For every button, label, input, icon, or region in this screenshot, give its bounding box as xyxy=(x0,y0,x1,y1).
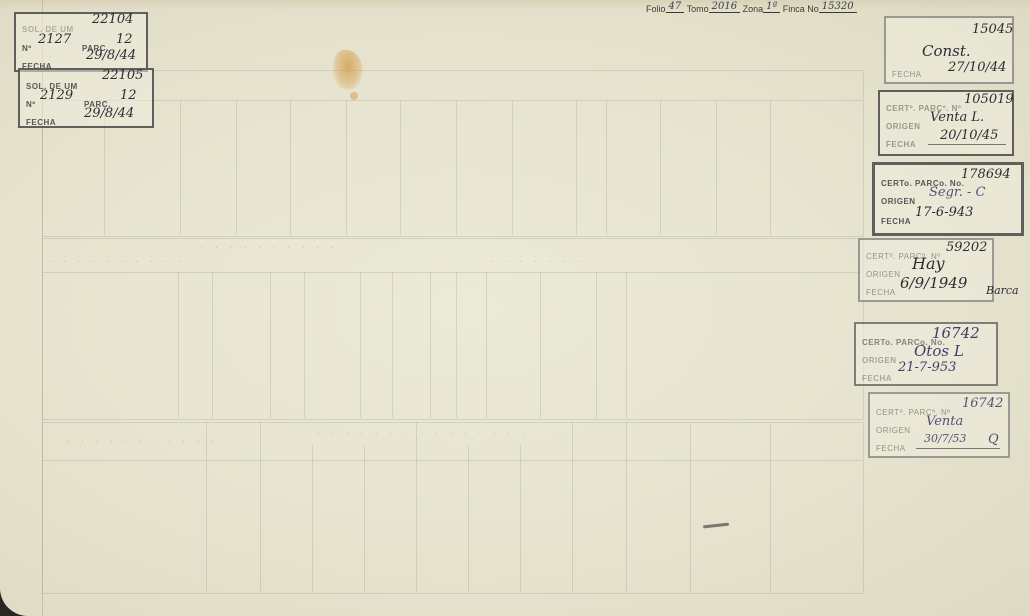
date-label: FECHA xyxy=(862,374,892,383)
grid-line xyxy=(626,272,627,418)
origin-value: Segr. - C xyxy=(929,185,985,200)
origin-label: ORIGEN xyxy=(886,122,921,131)
grid-line xyxy=(660,100,661,235)
grid-line xyxy=(270,272,271,418)
cert-value: 59202 xyxy=(946,240,987,255)
stamp-label: FECHA xyxy=(26,118,56,127)
grid-line xyxy=(400,100,401,235)
underline xyxy=(916,448,1000,449)
certificate-stamp-2: CERTº. PARCº. Nº 105019 ORIGEN Venta L. … xyxy=(878,90,1014,156)
date-value: 6/9/1949 xyxy=(900,274,967,292)
grid-line xyxy=(716,100,717,235)
tomo-label: Tomo xyxy=(687,4,709,14)
solicitud-stamp-2: SOL. DE UM 22105 Nº 2129 PARC. 12 FECHA … xyxy=(18,68,154,128)
grid-line xyxy=(304,272,305,418)
certificate-stamp-4: CERTº. PARCº. Nº 59202 ORIGEN Hay FECHA … xyxy=(858,238,994,302)
initial-mark: Q xyxy=(988,432,999,447)
date-label: FECHA xyxy=(881,217,911,226)
stamp-value: 2129 xyxy=(40,88,73,103)
folio-label: Folio xyxy=(646,4,666,14)
grid-line xyxy=(520,445,521,592)
grid-line xyxy=(512,100,513,235)
grid-line xyxy=(364,445,365,592)
underline xyxy=(928,144,1006,145)
grid-line xyxy=(312,445,313,592)
origin-value: Venta L. xyxy=(930,110,984,125)
grid-line xyxy=(180,100,181,235)
grid-line xyxy=(260,422,261,592)
stamp-value: 22104 xyxy=(92,12,133,27)
certificate-stamp-3: CERTo. PARCo. No. 178694 ORIGEN Segr. - … xyxy=(872,162,1024,236)
grid-line xyxy=(346,100,347,235)
grid-line xyxy=(486,272,487,418)
record-card: · · · · · · · · · · · · · · · · · · · · … xyxy=(0,0,1030,616)
faint-printed-header: · · · · · · · · · · · xyxy=(66,438,218,446)
stamp-label: Nº xyxy=(26,100,36,109)
zona-value: 1ª xyxy=(763,1,780,13)
grid-line xyxy=(770,100,771,235)
grid-line xyxy=(430,272,431,418)
table-grid-top xyxy=(42,70,864,237)
faint-printed-header: · · · · · · · · xyxy=(302,430,410,438)
grid-line xyxy=(236,100,237,235)
cert-number: 15045 xyxy=(972,22,1013,37)
origin-label: ORIGEN xyxy=(866,270,901,279)
origin-label: ORIGEN xyxy=(881,197,916,206)
cert-value: 178694 xyxy=(961,167,1011,182)
stamp-label: Nº xyxy=(22,44,32,53)
table-grid-bottom xyxy=(42,422,864,594)
grid-line xyxy=(690,422,691,592)
zona-label: Zona xyxy=(743,4,764,14)
registry-header: Folio47 Tomo2016 Zona1ª Finca No15320 xyxy=(646,4,857,15)
stamp-value: 29/8/44 xyxy=(86,48,136,63)
date-value: 27/10/44 xyxy=(948,60,1006,75)
finca-label: Finca No xyxy=(783,4,819,14)
grid-line xyxy=(178,272,179,418)
certificate-stamp-5: CERTo. PARCo. No. 16742 ORIGEN Otos L FE… xyxy=(854,322,998,386)
tomo-value: 2016 xyxy=(709,1,740,13)
origin-value: Venta xyxy=(926,414,963,429)
date-label: FECHA xyxy=(866,288,896,297)
date-value: 30/7/53 xyxy=(924,432,966,445)
stamp-value: 12 xyxy=(120,88,137,103)
solicitud-stamp-1: SOL. DE UM 22104 Nº 2127 PARC. 12 FECHA … xyxy=(14,12,148,72)
grid-line xyxy=(42,272,862,273)
grid-line xyxy=(606,100,607,235)
cert-value: 16742 xyxy=(962,396,1003,411)
faint-printed-header: · · · · · · · xyxy=(490,258,584,266)
date-label: FECHA xyxy=(892,70,922,79)
origin-label: ORIGEN xyxy=(862,356,897,365)
date-label: FECHA xyxy=(886,140,916,149)
water-stain xyxy=(350,92,358,100)
date-value: 20/10/45 xyxy=(940,128,998,143)
cert-value: 16742 xyxy=(932,324,980,342)
grid-line xyxy=(540,272,541,418)
stamp-value: 12 xyxy=(116,32,133,47)
grid-line xyxy=(576,100,577,235)
grid-line xyxy=(416,422,417,592)
date-value: 17-6-943 xyxy=(915,205,973,220)
grid-line xyxy=(596,272,597,418)
cert-value: 105019 xyxy=(964,92,1014,107)
certificate-stamp-6: CERTº. PARCº. Nº 16742 ORIGEN Venta FECH… xyxy=(868,392,1010,458)
signature-note: Barca xyxy=(986,284,1019,297)
date-label: FECHA xyxy=(876,444,906,453)
faint-printed-header: · · · · · · · · · · xyxy=(48,258,185,266)
grid-line xyxy=(42,100,862,101)
grid-line xyxy=(456,272,457,418)
grid-line xyxy=(626,422,627,592)
grid-line xyxy=(770,422,771,592)
grid-line xyxy=(392,272,393,418)
water-stain xyxy=(333,50,363,90)
grid-line xyxy=(212,272,213,418)
origin-label: ORIGEN xyxy=(876,426,911,435)
origin-value: Const. xyxy=(922,42,971,60)
grid-line xyxy=(360,272,361,418)
folio-value: 47 xyxy=(666,1,685,13)
date-value: 21-7-953 xyxy=(898,360,956,375)
finca-value: 15320 xyxy=(819,1,857,13)
faint-printed-header: · · · · · · · · · · xyxy=(200,244,337,252)
stamp-value: 22105 xyxy=(102,68,143,83)
origin-value: Otos L xyxy=(914,342,964,360)
grid-line xyxy=(290,100,291,235)
grid-line xyxy=(572,422,573,592)
faint-printed-header: · · · · · · · · xyxy=(420,430,528,438)
grid-line xyxy=(206,422,207,592)
grid-line xyxy=(456,100,457,235)
origin-value: Hay xyxy=(912,254,945,273)
stamp-value: 2127 xyxy=(38,32,71,47)
certificate-stamp-1: 15045 Const. FECHA 27/10/44 xyxy=(884,16,1014,84)
stamp-value: 29/8/44 xyxy=(84,106,134,121)
grid-line xyxy=(468,445,469,592)
grid-line xyxy=(42,460,862,461)
